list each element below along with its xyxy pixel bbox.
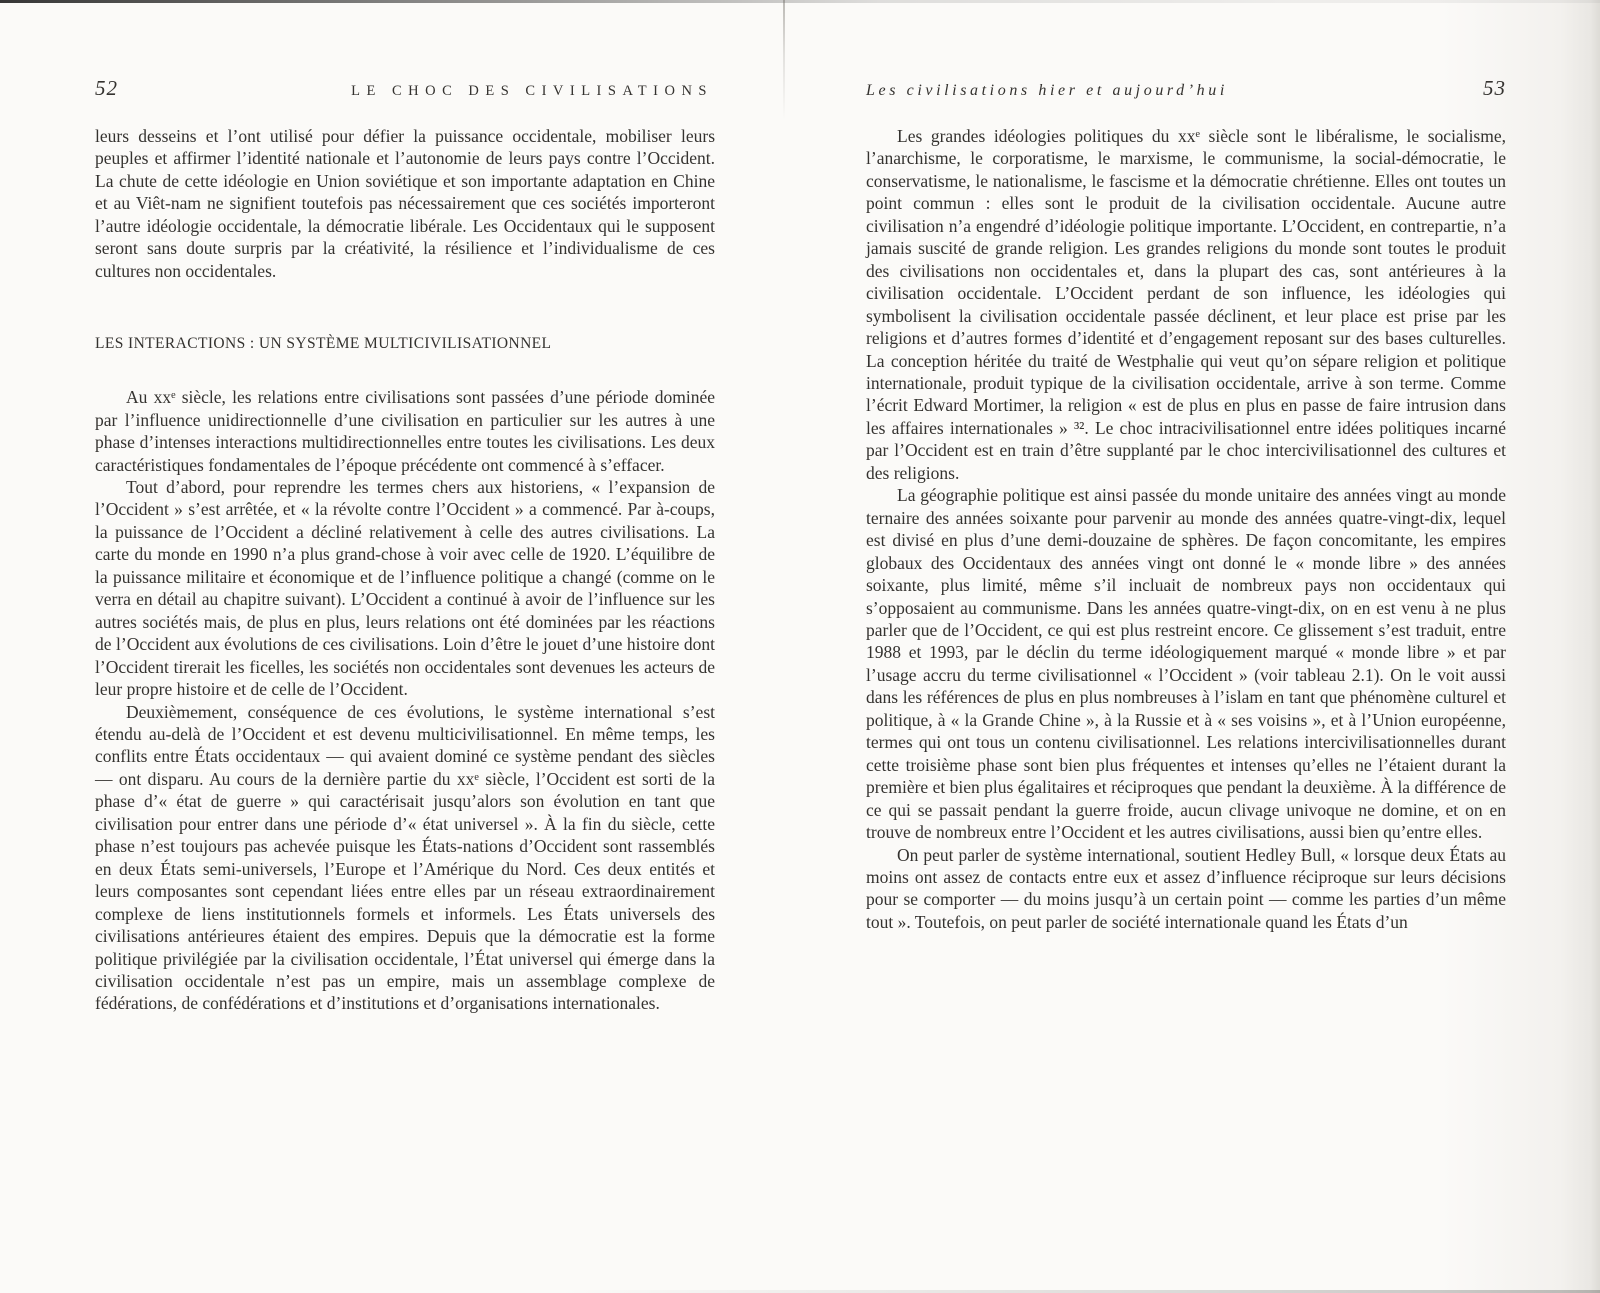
- left-paragraph-4: Deuxièmement, conséquence de ces évoluti…: [95, 701, 715, 1015]
- left-page-number: 52: [95, 76, 118, 101]
- left-paragraph-2: Au xxᵉ siècle, les relations entre civil…: [95, 386, 715, 476]
- right-page-header: Les civilisations hier et aujourd’hui 53: [866, 76, 1506, 101]
- left-paragraph-3: Tout d’abord, pour reprendre les termes …: [95, 476, 715, 701]
- left-running-title: LE CHOC DES CIVILISATIONS: [351, 83, 715, 100]
- right-page: Les civilisations hier et aujourd’hui 53…: [866, 76, 1506, 933]
- right-running-title: Les civilisations hier et aujourd’hui: [866, 82, 1228, 100]
- left-page: 52 LE CHOC DES CIVILISATIONS leurs desse…: [95, 76, 715, 1015]
- book-scan-spread: 52 LE CHOC DES CIVILISATIONS leurs desse…: [0, 0, 1600, 1293]
- left-page-header: 52 LE CHOC DES CIVILISATIONS: [95, 76, 715, 101]
- right-page-number: 53: [1483, 76, 1506, 101]
- right-paragraph-2: La géographie politique est ainsi passée…: [866, 484, 1506, 843]
- right-paragraph-1: Les grandes idéologies politiques du xxᵉ…: [866, 125, 1506, 484]
- right-paragraph-3: On peut parler de système international,…: [866, 844, 1506, 934]
- scan-gutter-shadow: [783, 0, 785, 120]
- section-heading: LES INTERACTIONS : UN SYSTÈME MULTICIVIL…: [95, 335, 715, 353]
- scan-top-edge: [0, 0, 1600, 7]
- left-paragraph-continuation: leurs desseins et l’ont utilisé pour déf…: [95, 125, 715, 282]
